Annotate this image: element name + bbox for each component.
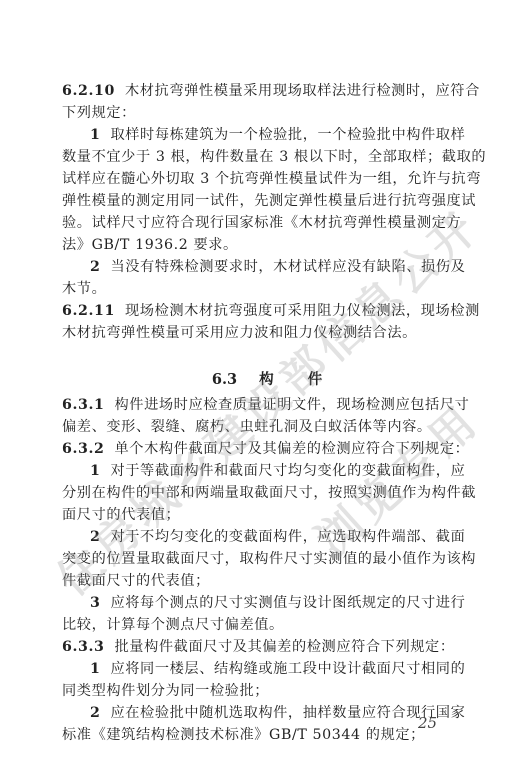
section-title: 6.3构件 (62, 368, 472, 389)
clause-number: 6.3.3 (62, 639, 105, 655)
text-line: 试样应在髓心外切取 3 个抗弯弹性模量试件为一组，允许与抗弯 (62, 169, 481, 189)
text-line: 突变的位置量取截面尺寸，取构件尺寸实测值的最小值作为该构 (62, 549, 476, 569)
text-line: 数量不宜少于 3 根，构件数量在 3 根以下时，全部取样；截取的 (62, 147, 486, 167)
line-text: 应在检验批中随机选取构件，抽样数量应符合现行国家 (110, 705, 465, 721)
line-text: 取样时每栋建筑为一个检验批，一个检验批中构件取样 (110, 127, 465, 143)
line-text: 木材抗弯弹性模量可采用应力波和阻力仪检测结合法。 (62, 325, 417, 341)
text-line: 1对于等截面构件和截面尺寸均匀变化的变截面构件，应 (90, 461, 465, 481)
line-text: 偏差、变形、裂缝、腐朽、虫蛀孔洞及白蚁活体等内容。 (62, 419, 432, 435)
line-text: 标准《建筑结构检测技术标准》GB/T 50344 的规定； (62, 727, 425, 743)
line-text: 对于等截面构件和截面尺寸均匀变化的变截面构件，应 (110, 463, 465, 479)
line-text: 批量构件截面尺寸及其偏差的检测应符合下列规定： (115, 639, 455, 655)
text-line: 件截面尺寸的代表值； (62, 571, 210, 591)
clause-number: 3 (90, 595, 100, 611)
line-text: 件截面尺寸的代表值； (62, 573, 210, 589)
text-line: 法》GB/T 1936.2 要求。 (62, 235, 238, 255)
clause-number: 2 (90, 259, 100, 275)
line-text: 木节。 (62, 281, 106, 297)
line-text: 数量不宜少于 3 根，构件数量在 3 根以下时，全部取样；截取的 (62, 149, 486, 165)
clause-number: 1 (90, 661, 100, 677)
clause-number: 2 (90, 705, 100, 721)
line-text: 下列规定： (62, 105, 136, 121)
page-number: 25 (418, 714, 437, 732)
line-text: 面尺寸的代表值； (62, 507, 180, 523)
text-line: 2当没有特殊检测要求时，木材试样应没有缺陷、损伤及 (90, 257, 465, 277)
line-text: 单个木构件截面尺寸及其偏差的检测应符合下列规定： (115, 441, 470, 457)
line-text: 应将每个测点的尺寸实测值与设计图纸规定的尺寸进行 (110, 595, 465, 611)
clause-number: 6.3.1 (62, 397, 105, 413)
section-number: 6.3 (212, 371, 237, 388)
text-line: 2应在检验批中随机选取构件，抽样数量应符合现行国家 (90, 703, 465, 723)
clause-number: 6.3.2 (62, 441, 105, 457)
text-line: 6.2.11现场检测木材抗弯强度可采用阻力仪检测法，现场检测 (62, 301, 480, 321)
line-text: 当没有特殊检测要求时，木材试样应没有缺陷、损伤及 (110, 259, 465, 275)
line-text: 试样应在髓心外切取 3 个抗弯弹性模量试件为一组，允许与抗弯 (62, 171, 481, 187)
clause-number: 6.2.10 (62, 83, 115, 99)
text-line: 分别在构件的中部和两端量取截面尺寸，按照实测值作为构件截 (62, 483, 476, 503)
text-line: 偏差、变形、裂缝、腐朽、虫蛀孔洞及白蚁活体等内容。 (62, 417, 432, 437)
clause-number: 1 (90, 463, 100, 479)
text-line: 弹性模量的测定用同一试件，先测定弹性模量后进行抗弯强度试 (62, 191, 476, 211)
section-title-char-1: 构 (259, 371, 274, 388)
line-text: 同类型构件划分为同一检验批； (62, 683, 269, 699)
clause-number: 6.2.11 (62, 303, 115, 319)
text-line: 木节。 (62, 279, 106, 299)
line-text: 现场检测木材抗弯强度可采用阻力仪检测法，现场检测 (125, 303, 480, 319)
text-line: 6.2.10木材抗弯弹性模量采用现场取样法进行检测时，应符合 (62, 81, 480, 101)
text-line: 2对于不均匀变化的变截面构件，应选取构件端部、截面 (90, 527, 465, 547)
line-text: 对于不均匀变化的变截面构件，应选取构件端部、截面 (110, 529, 465, 545)
clause-number: 2 (90, 529, 100, 545)
line-text: 验。试样尺寸应符合现行国家标准《木材抗弯弹性模量测定方 (62, 215, 461, 231)
text-line: 1应将同一楼层、结构缝或施工段中设计截面尺寸相同的 (90, 659, 465, 679)
text-line: 木材抗弯弹性模量可采用应力波和阻力仪检测结合法。 (62, 323, 417, 343)
text-line: 6.3.1构件进场时应检查质量证明文件，现场检测应包括尺寸 (62, 395, 469, 415)
text-line: 验。试样尺寸应符合现行国家标准《木材抗弯弹性模量测定方 (62, 213, 461, 233)
line-text: 弹性模量的测定用同一试件，先测定弹性模量后进行抗弯强度试 (62, 193, 476, 209)
text-line: 6.3.2单个木构件截面尺寸及其偏差的检测应符合下列规定： (62, 439, 469, 459)
text-line: 6.3.3批量构件截面尺寸及其偏差的检测应符合下列规定： (62, 637, 455, 657)
text-line: 标准《建筑结构检测技术标准》GB/T 50344 的规定； (62, 725, 425, 745)
line-text: 比较，计算每个测点尺寸偏差值。 (62, 617, 284, 633)
text-line: 比较，计算每个测点尺寸偏差值。 (62, 615, 284, 635)
text-line: 下列规定： (62, 103, 136, 123)
text-line: 1取样时每栋建筑为一个检验批，一个检验批中构件取样 (90, 125, 465, 145)
text-line: 同类型构件划分为同一检验批； (62, 681, 269, 701)
text-line: 3应将每个测点的尺寸实测值与设计图纸规定的尺寸进行 (90, 593, 465, 613)
line-text: 法》GB/T 1936.2 要求。 (62, 237, 238, 253)
line-text: 突变的位置量取截面尺寸，取构件尺寸实测值的最小值作为该构 (62, 551, 476, 567)
text-line: 面尺寸的代表值； (62, 505, 180, 525)
line-text: 木材抗弯弹性模量采用现场取样法进行检测时，应符合 (125, 83, 480, 99)
clause-number: 1 (90, 127, 100, 143)
line-text: 构件进场时应检查质量证明文件，现场检测应包括尺寸 (115, 397, 470, 413)
section-title-char-2: 件 (308, 371, 323, 388)
line-text: 应将同一楼层、结构缝或施工段中设计截面尺寸相同的 (110, 661, 465, 677)
line-text: 分别在构件的中部和两端量取截面尺寸，按照实测值作为构件截 (62, 485, 476, 501)
